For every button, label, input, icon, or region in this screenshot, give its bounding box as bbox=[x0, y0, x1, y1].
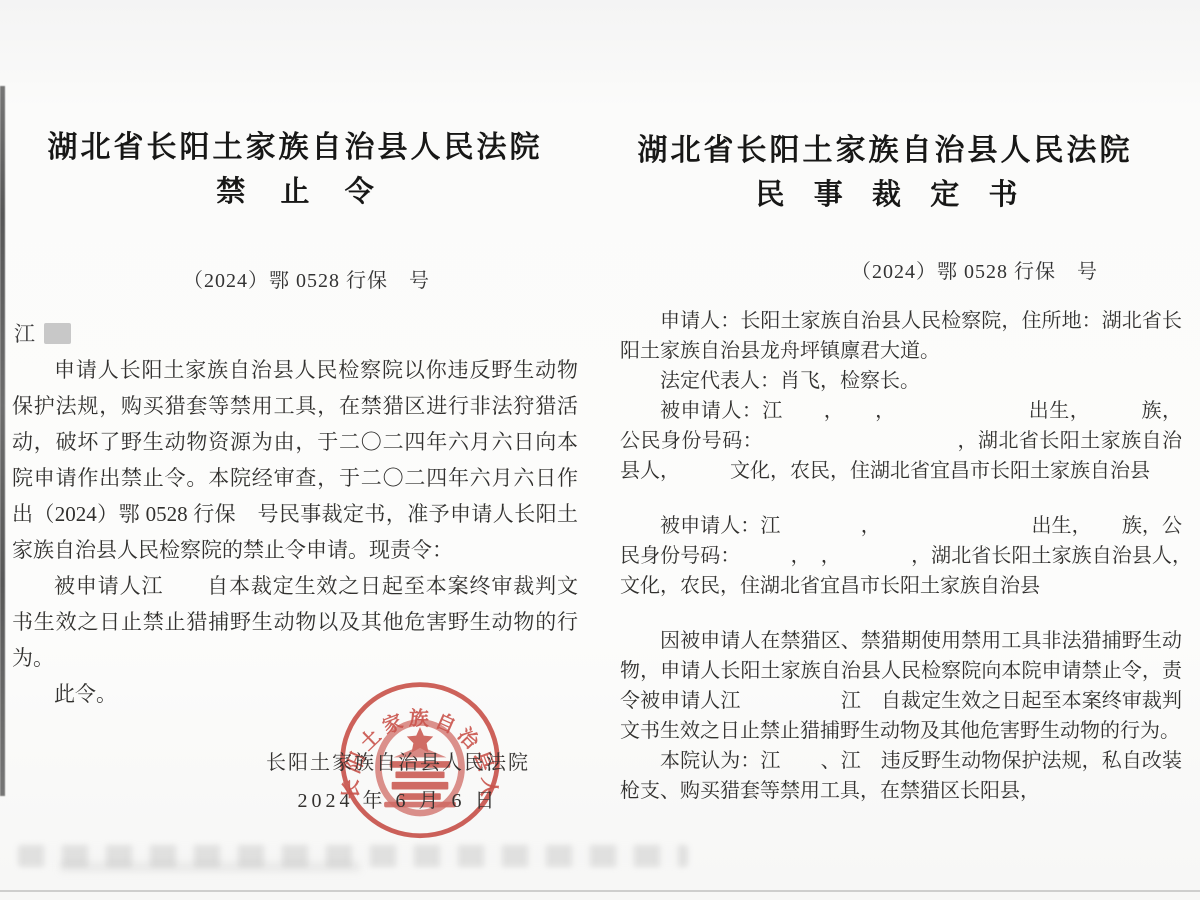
paragraph-court-opinion: 本院认为：江 、江 违反野生动物保护法规，私自改装枪支、购买猎套等禁用工具，在禁… bbox=[620, 746, 1182, 806]
paragraph-respondent-1: 被申请人：江 ， ， 出生， 族，公民身份号码： ，湖北省长阳土家族自治县人， … bbox=[620, 396, 1182, 486]
signature-block: 长阳土家族自治县人民法院 2024 年 6 月 6 日 bbox=[230, 746, 566, 813]
right-case-number: （2024）鄂 0528 行保 号 bbox=[618, 255, 1182, 284]
paragraph-representative: 法定代表人：肖飞，检察长。 bbox=[620, 366, 1182, 396]
left-document-body: 申请人长阳土家族自治县人民检察院以你违反野生动物保护法规，购买猎套等禁用工具，在… bbox=[12, 352, 578, 712]
paragraph-order: 被申请人江 自本裁定生效之日起至本案终审裁判文书生效之日止禁止猎捕野生动物以及其… bbox=[12, 568, 578, 676]
left-case-number: （2024）鄂 0528 行保 号 bbox=[12, 264, 578, 293]
paragraph-respondent-2: 被申请人：江 ， 出生， 族，公民身份号码： ， ， ，湖北省长阳土家族自治县人… bbox=[620, 511, 1182, 601]
civil-ruling-page: 湖北省长阳土家族自治县人民法院 民 事 裁 定 书 （2024）鄂 0528 行… bbox=[618, 0, 1182, 284]
redaction-box bbox=[44, 323, 71, 344]
scan-bottom-line bbox=[0, 890, 1200, 892]
right-court-title: 湖北省长阳土家族自治县人民法院 bbox=[618, 133, 1182, 169]
respondent-name-line: 江 bbox=[14, 318, 71, 348]
left-court-title: 湖北省长阳土家族自治县人民法院 bbox=[12, 130, 578, 166]
right-document-body: 申请人：长阳土家族自治县人民检察院，住所地：湖北省长阳土家族自治县龙舟坪镇廪君大… bbox=[620, 306, 1182, 806]
left-doc-type-title: 禁 止 令 bbox=[12, 174, 578, 210]
paragraph-applicant: 申请人：长阳土家族自治县人民检察院，住所地：湖北省长阳土家族自治县龙舟坪镇廪君大… bbox=[620, 306, 1182, 366]
signature-date: 2024 年 6 月 6 日 bbox=[230, 784, 566, 813]
scan-smudge-artifact-2 bbox=[60, 862, 360, 872]
prohibition-order-page: 湖北省长阳土家族自治县人民法院 禁 止 令 （2024）鄂 0528 行保 号 … bbox=[12, 0, 578, 293]
paragraph-main: 申请人长阳土家族自治县人民检察院以你违反野生动物保护法规，购买猎套等禁用工具，在… bbox=[12, 352, 578, 568]
scan-edge-artifact bbox=[0, 86, 5, 796]
right-doc-type-title: 民 事 裁 定 书 bbox=[618, 177, 1182, 213]
signature-court-name: 长阳土家族自治县人民法院 bbox=[230, 746, 566, 775]
respondent-name: 江 bbox=[14, 318, 35, 348]
paragraph-reason: 因被申请人在禁猎区、禁猎期使用禁用工具非法猎捕野生动物，申请人长阳土家族自治县人… bbox=[620, 626, 1182, 746]
